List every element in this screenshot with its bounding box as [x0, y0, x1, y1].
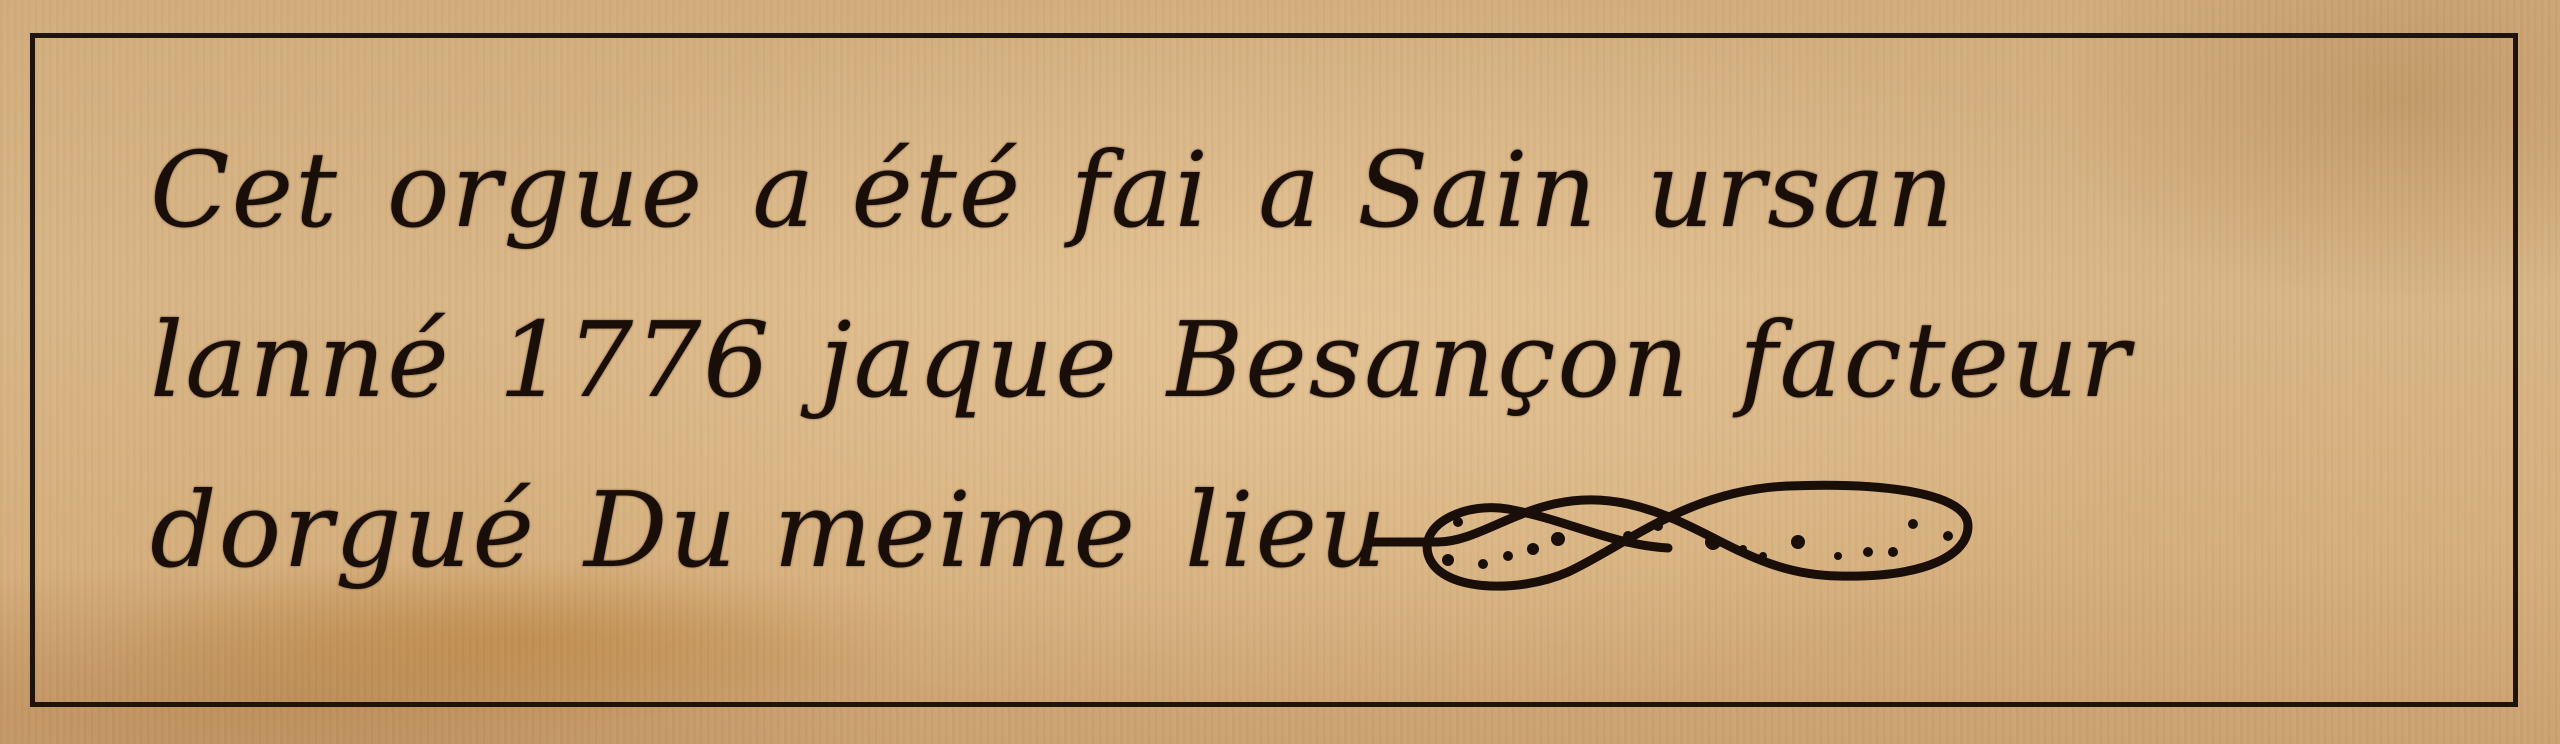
- word: jaque: [819, 299, 1118, 421]
- word: a Sain: [1258, 129, 1599, 251]
- year: 1776: [499, 299, 772, 421]
- word: fai: [1070, 129, 1210, 251]
- word: Cet: [150, 129, 339, 251]
- word: Du meime: [584, 469, 1137, 591]
- inscription-line-1: Cetorguea étéfaia Sainursan: [150, 105, 2450, 275]
- maker-name: Besançon: [1167, 299, 1691, 421]
- word: lieu: [1185, 469, 1388, 591]
- signature-flourish-icon: [1368, 464, 1988, 614]
- word: a été: [752, 129, 1022, 251]
- word: ursan: [1647, 129, 1956, 251]
- word: orgue: [387, 129, 704, 251]
- word: lanné: [150, 299, 451, 421]
- word: dorgué: [150, 469, 536, 591]
- handwritten-inscription: Cetorguea étéfaia Sainursan lanné1776jaq…: [150, 105, 2450, 615]
- inscription-line-2: lanné1776jaqueBesançonfacteur: [150, 275, 2450, 445]
- inscription-line-3: dorguéDu meimelieu: [150, 445, 2450, 615]
- word: facteur: [1739, 299, 2132, 421]
